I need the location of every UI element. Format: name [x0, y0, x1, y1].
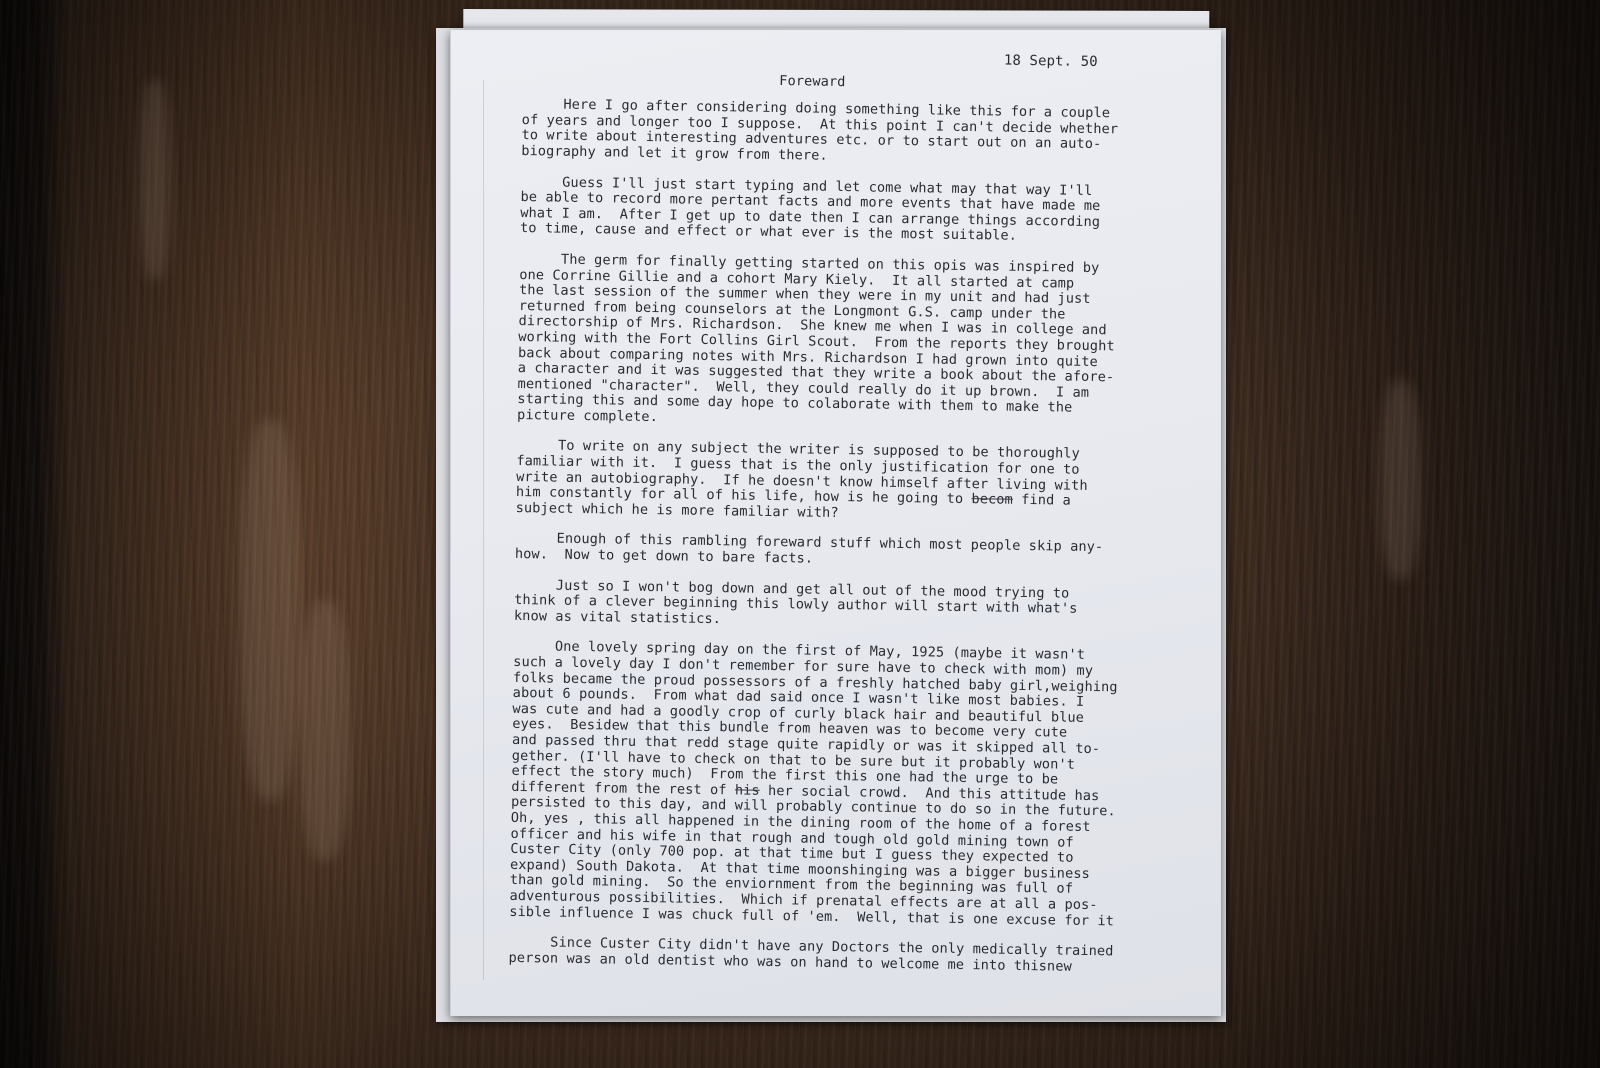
paragraph: One lovely spring day on the first of Ma… [509, 639, 1183, 930]
wood-wear-mark [1380, 380, 1420, 580]
paragraph: The germ for finally getting started on … [517, 252, 1190, 434]
margin-line [483, 80, 484, 980]
wood-wear-mark [140, 80, 170, 280]
typewritten-page: 18 Sept. 50 Foreward Here I go after con… [450, 30, 1221, 1016]
document-title: Foreward [522, 70, 1192, 96]
document-date: 18 Sept. 50 [523, 46, 1193, 72]
paragraph: Here I go after considering doing someth… [521, 97, 1192, 170]
paragraph: Enough of this rambling foreward stuff w… [515, 531, 1185, 573]
wood-wear-mark [240, 420, 300, 800]
paragraph: Since Custer City didn't have any Doctor… [508, 935, 1178, 977]
struck-out-text: becom [971, 491, 1013, 508]
paragraph: To write on any subject the writer is su… [516, 438, 1187, 526]
paragraph: Guess I'll just start typing and let com… [520, 175, 1191, 248]
wood-wear-mark [300, 600, 350, 860]
typed-text-block: 18 Sept. 50 Foreward Here I go after con… [508, 40, 1193, 992]
document-body: Here I go after considering doing someth… [508, 97, 1192, 977]
paragraph: Just so I won't bog down and get all out… [514, 578, 1185, 635]
struck-out-text: his [735, 782, 760, 798]
